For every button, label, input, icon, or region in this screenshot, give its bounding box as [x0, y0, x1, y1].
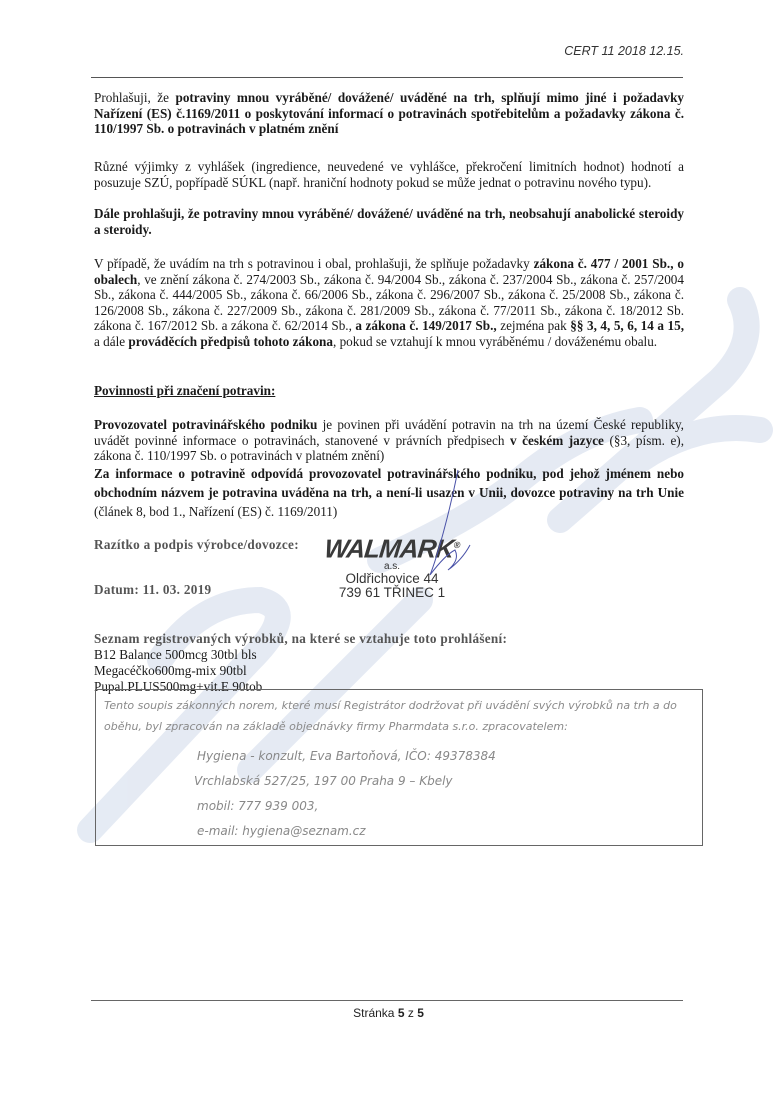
- date-label: Datum: 11. 03. 2019: [94, 582, 211, 598]
- product-list: Seznam registrovaných výrobků, na které …: [94, 631, 507, 695]
- stamp-address-line2: 739 61 TŘINEC 1: [312, 586, 472, 600]
- declaration-paragraph: Prohlašuji, že potraviny mnou vyráběné/ …: [94, 90, 684, 137]
- responsibility-paragraph: Za informace o potravině odpovídá provoz…: [94, 464, 684, 521]
- page-number: Stránka 5 z 5: [0, 1006, 777, 1020]
- packaging-paragraph: V případě, že uvádím na trh s potravinou…: [94, 256, 684, 350]
- list-item: B12 Balance 500mcg 30tbl bls: [94, 647, 507, 663]
- exemptions-paragraph: Různé výjimky z vyhlášek (ingredience, n…: [94, 159, 684, 190]
- processor-company: Hygiena - konzult, Eva Bartoňová, IČO: 4…: [197, 749, 496, 763]
- labeling-obligations-heading: Povinnosti při značení potravin:: [94, 383, 275, 399]
- steroids-declaration: Dále prohlašuji, že potraviny mnou vyráb…: [94, 206, 684, 237]
- walmark-logo: WALMARK®: [310, 532, 473, 562]
- processor-info-box: Tento soupis zákonných norem, které musí…: [95, 689, 703, 846]
- stamp-address-line1: Oldřichovice 44: [312, 572, 472, 586]
- list-item: Megacéčko600mg-mix 90tbl: [94, 663, 507, 679]
- footer-divider: [91, 1000, 683, 1001]
- processor-address: Vrchlabská 527/25, 197 00 Praha 9 – Kbel…: [194, 774, 453, 788]
- info-box-intro: Tento soupis zákonných norem, které musí…: [104, 695, 694, 737]
- certificate-code: CERT 11 2018 12.15.: [564, 44, 684, 58]
- company-stamp: WALMARK® a.s. Oldřichovice 44 739 61 TŘI…: [312, 532, 472, 600]
- signature-label: Razítko a podpis výrobce/dovozce:: [94, 537, 299, 553]
- operator-obligation-paragraph: Provozovatel potravinářského podniku je …: [94, 417, 684, 464]
- processor-mobile: mobil: 777 939 003,: [197, 799, 318, 813]
- processor-email: e-mail: hygiena@seznam.cz: [197, 824, 366, 838]
- product-list-title: Seznam registrovaných výrobků, na které …: [94, 631, 507, 647]
- header-divider: [91, 77, 683, 78]
